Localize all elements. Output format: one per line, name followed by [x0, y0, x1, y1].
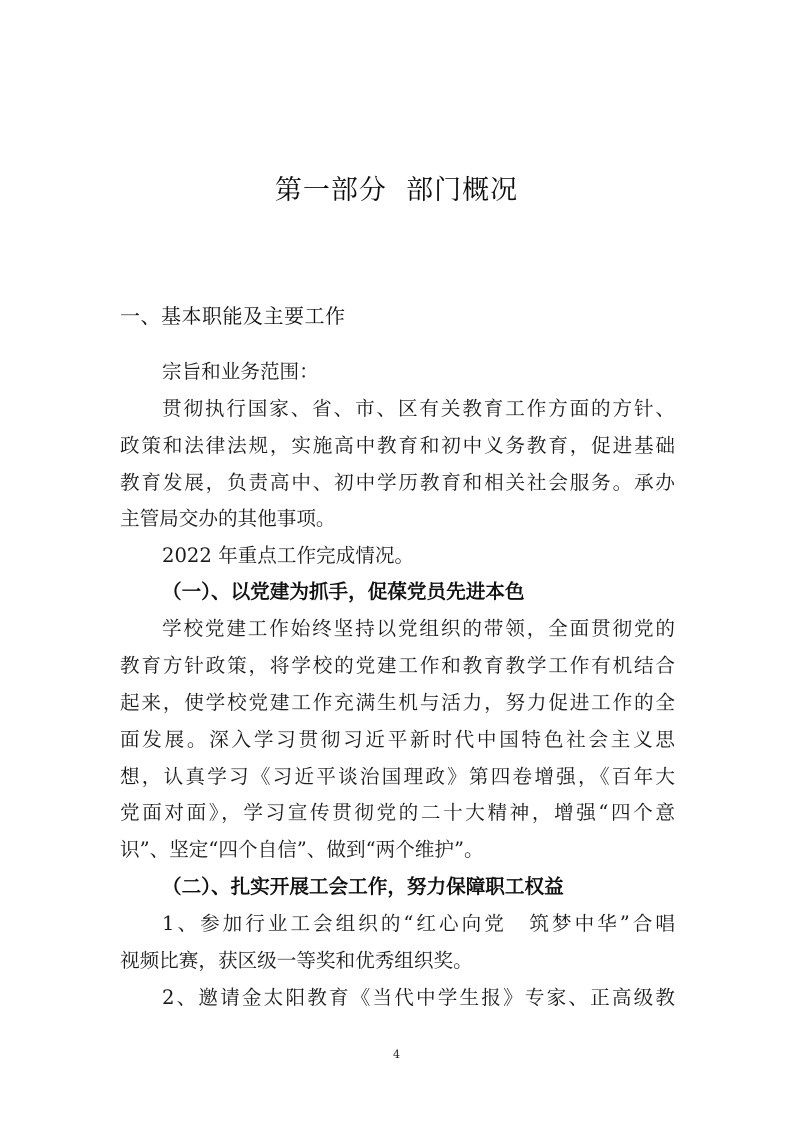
paragraph-line: 起来，使学校党建工作充满生机与活力，努力促进工作的全 — [120, 688, 675, 718]
page-number: 4 — [0, 1048, 793, 1061]
document-page: 第一部分 部门概况 一、基本职能及主要工作 宗旨和业务范围： 贯彻执行国家、省、… — [0, 0, 793, 1122]
paragraph-line: 视频比赛，获区级一等奖和优秀组织奖。 — [120, 946, 675, 976]
section-heading: 一、基本职能及主要工作 — [120, 300, 346, 329]
paragraph-line: 学校党建工作始终坚持以党组织的带领，全面贯彻党的 — [162, 614, 675, 644]
paragraph-line: 教育方针政策，将学校的党建工作和教育教学工作有机结合 — [120, 651, 675, 681]
subsection-heading-2: （二）、扎实开展工会工作，努力保障职工权益 — [162, 872, 564, 902]
paragraph-line: 识”、坚定“四个自信”、做到“两个维护”。 — [120, 835, 675, 865]
purpose-line: 贯彻执行国家、省、市、区有关教育工作方面的方针、 — [162, 394, 675, 424]
purpose-line: 教育发展，负责高中、初中学历教育和相关社会服务。承办 — [120, 468, 675, 498]
purpose-line: 政策和法律法规，实施高中教育和初中义务教育，促进基础 — [120, 431, 675, 461]
purpose-label: 宗旨和业务范围： — [162, 357, 675, 387]
paragraph-line: 想，认真学习《习近平谈治国理政》第四卷增强，《百年大 — [120, 762, 675, 792]
page-title: 第一部分 部门概况 — [0, 168, 793, 207]
purpose-line: 主管局交办的其他事项。 — [120, 504, 675, 534]
subsection-heading-1: （一）、以党建为抓手，促葆党员先进本色 — [162, 577, 524, 607]
paragraph-line: 面发展。深入学习贯彻习近平新时代中国特色社会主义思 — [120, 725, 675, 755]
paragraph-line: 党面对面》，学习宣传贯彻党的二十大精神，增强“四个意 — [120, 798, 675, 828]
paragraph-line: 2、邀请金太阳教育《当代中学生报》专家、正高级教 — [162, 983, 675, 1013]
work-summary-intro: 2022 年重点工作完成情况。 — [162, 541, 675, 571]
paragraph-line: 1、参加行业工会组织的“红心向党 筑梦中华”合唱 — [162, 909, 675, 939]
